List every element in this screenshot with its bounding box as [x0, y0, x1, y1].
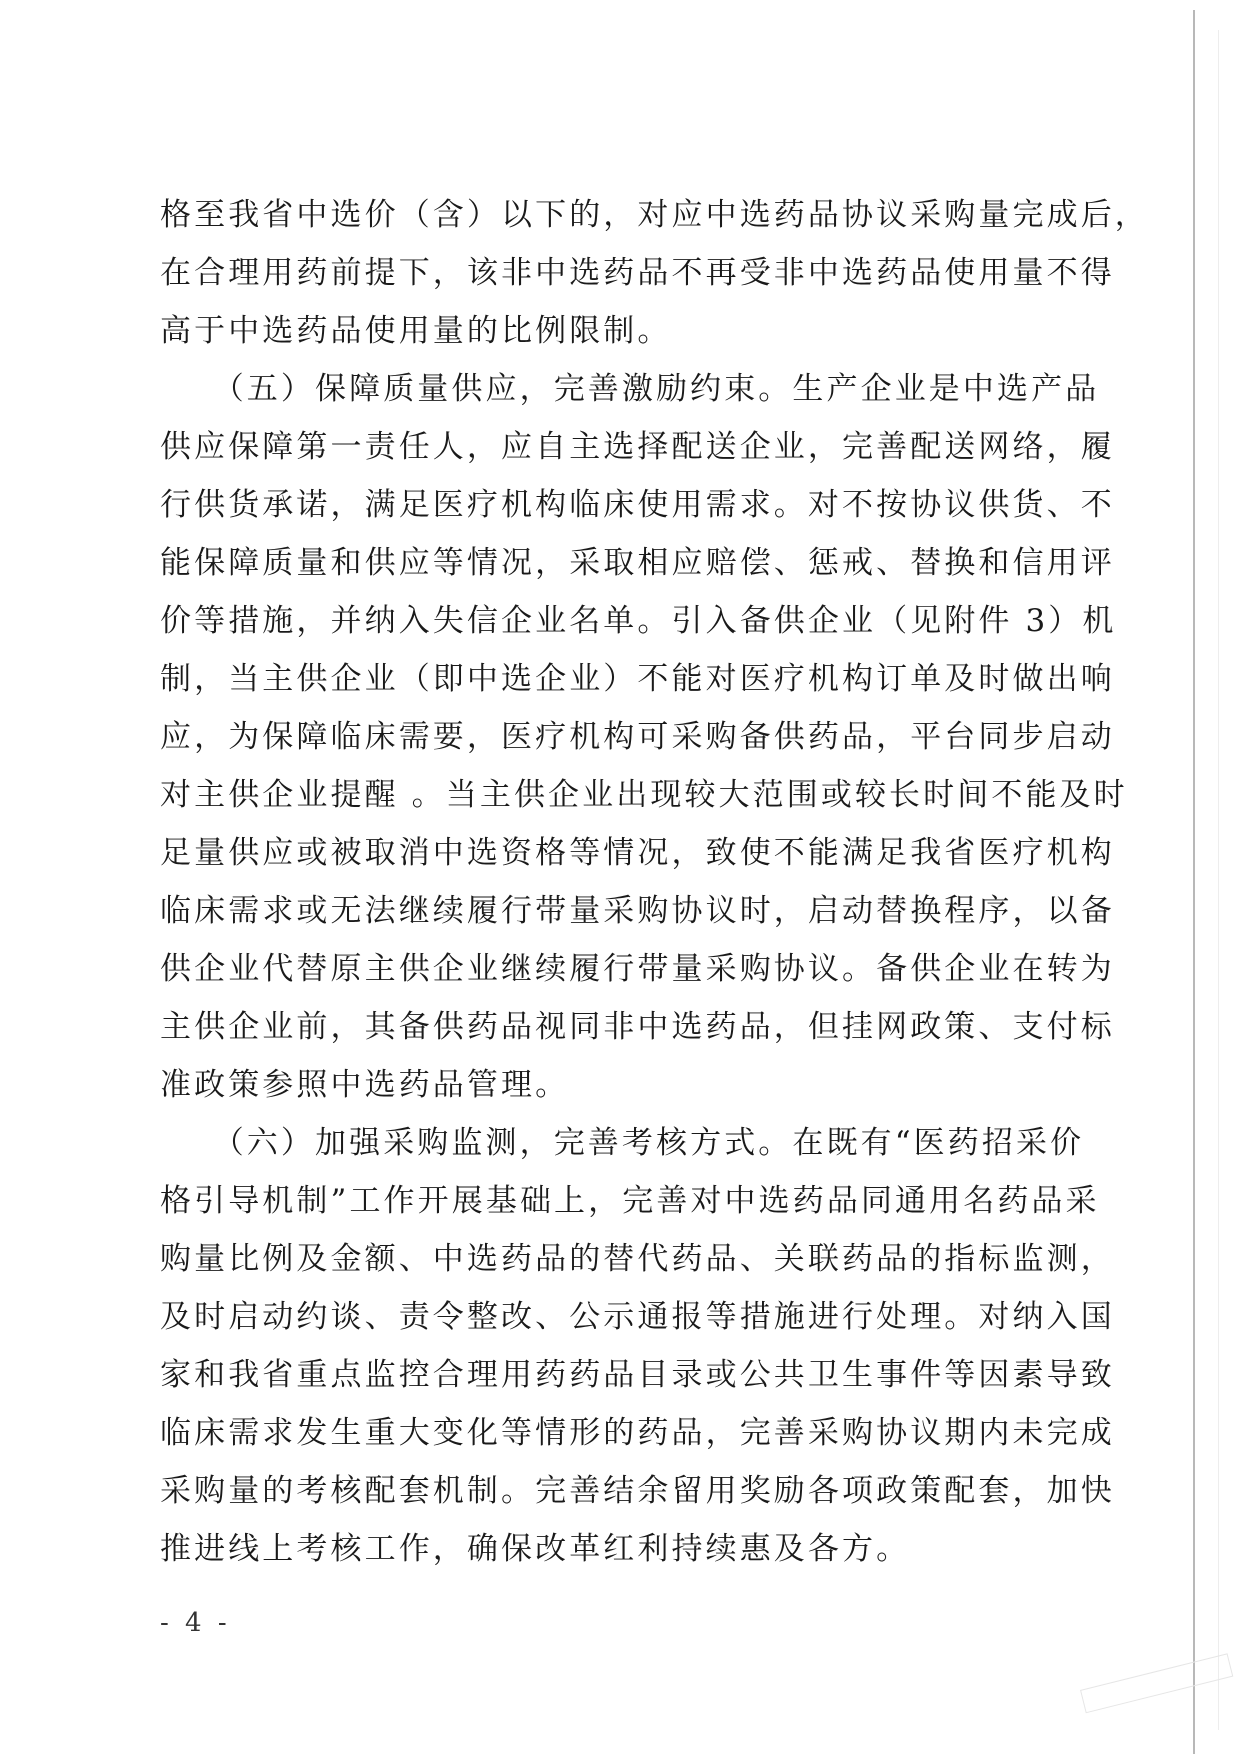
text-line: 应，为保障临床需要，医疗机构可采购备供药品，平台同步启动 [160, 708, 1080, 766]
document-page: 格至我省中选价（含）以下的，对应中选药品协议采购量完成后， 在合理用药前提下，该… [0, 0, 1240, 1754]
text-line: 制，当主供企业（即中选企业）不能对医疗机构订单及时做出响 [160, 650, 1080, 708]
body-text: 格至我省中选价（含）以下的，对应中选药品协议采购量完成后， 在合理用药前提下，该… [160, 186, 1080, 1578]
text-line: 在合理用药前提下，该非中选药品不再受非中选药品使用量不得 [160, 244, 1080, 302]
text-line: 供企业代替原主供企业继续履行带量采购协议。备供企业在转为 [160, 940, 1080, 998]
page-edge-line-faint [1218, 30, 1219, 1730]
section-5-heading-line: （五）保障质量供应，完善激励约束。生产企业是中选产品 [160, 360, 1080, 418]
text-line: 及时启动约谈、责令整改、公示通报等措施进行处理。对纳入国 [160, 1288, 1080, 1346]
page-number: - 4 - [160, 1608, 231, 1638]
text-line: 行供货承诺，满足医疗机构临床使用需求。对不按协议供货、不 [160, 476, 1080, 534]
text-line: 对主供企业提醒 。当主供企业出现较大范围或较长时间不能及时 [160, 766, 1080, 824]
text-line: 家和我省重点监控合理用药药品目录或公共卫生事件等因素导致 [160, 1346, 1080, 1404]
text-line: 价等措施，并纳入失信企业名单。引入备供企业（见附件 3）机 [160, 592, 1080, 650]
section-6-heading-line: （六）加强采购监测，完善考核方式。在既有“医药招采价 [160, 1114, 1080, 1172]
text-line: 足量供应或被取消中选资格等情况，致使不能满足我省医疗机构 [160, 824, 1080, 882]
text-line: 临床需求或无法继续履行带量采购协议时，启动替换程序，以备 [160, 882, 1080, 940]
text-line: 临床需求发生重大变化等情形的药品，完善采购协议期内未完成 [160, 1404, 1080, 1462]
text-line: 主供企业前，其备供药品视同非中选药品，但挂网政策、支付标 [160, 998, 1080, 1056]
text-line: 能保障质量和供应等情况，采取相应赔偿、惩戒、替换和信用评 [160, 534, 1080, 592]
text-line: 格至我省中选价（含）以下的，对应中选药品协议采购量完成后， [160, 186, 1080, 244]
text-line: 购量比例及金额、中选药品的替代药品、关联药品的指标监测， [160, 1230, 1080, 1288]
watermark-stamp [1080, 1653, 1233, 1713]
text-line: 供应保障第一责任人，应自主选择配送企业，完善配送网络，履 [160, 418, 1080, 476]
text-line: 高于中选药品使用量的比例限制。 [160, 302, 1080, 360]
text-line: 格引导机制”工作开展基础上，完善对中选药品同通用名药品采 [160, 1172, 1080, 1230]
page-edge-line [1193, 10, 1195, 1754]
text-line: 准政策参照中选药品管理。 [160, 1056, 1080, 1114]
text-line: 采购量的考核配套机制。完善结余留用奖励各项政策配套，加快 [160, 1462, 1080, 1520]
text-line: 推进线上考核工作，确保改革红利持续惠及各方。 [160, 1520, 1080, 1578]
